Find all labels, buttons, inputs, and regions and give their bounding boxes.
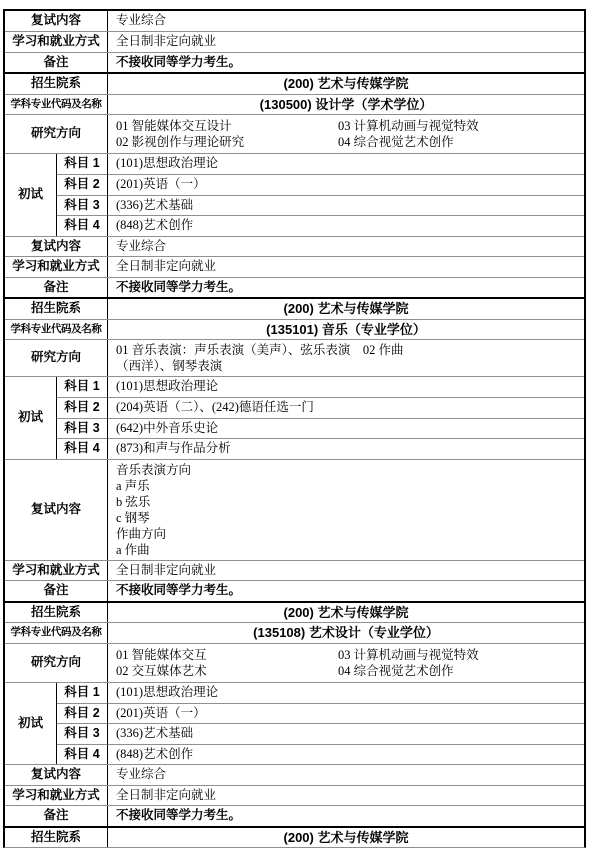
row-label: 招生院系: [5, 299, 108, 319]
table-row: 备注不接收同等学力考生。: [5, 52, 584, 73]
direction-line: 01 智能媒体交互: [116, 647, 338, 663]
direction-line: 02 交互媒体艺术: [116, 663, 338, 679]
text-line: 01 音乐表演：声乐表演（美声）、弦乐表演 02 作曲: [116, 342, 404, 358]
table-row: 复试内容专业综合: [5, 11, 584, 31]
section-header-value: (200) 艺术与传媒学院: [108, 74, 584, 94]
subject-value: (101)思想政治理论: [108, 154, 584, 174]
text-line: （西洋）、钢琴表演: [116, 358, 222, 374]
subject-value: (201)英语（一）: [108, 174, 584, 195]
research-directions: 01 智能媒体交互02 交互媒体艺术03 计算机动画与视觉特效04 综合视觉艺术…: [108, 644, 584, 682]
subject-label: 科目 3: [57, 195, 108, 216]
subject-label: 科目 4: [57, 438, 108, 459]
table-row: 学习和就业方式全日制非定向就业: [5, 560, 584, 581]
subject-value: (101)思想政治理论: [108, 377, 584, 397]
research-directions: 01 智能媒体交互设计02 影视创作与理论研究03 计算机动画与视觉特效04 综…: [108, 115, 584, 153]
row-label: 备注: [5, 581, 108, 601]
direction-column-left: 01 智能媒体交互02 交互媒体艺术: [116, 647, 338, 679]
row-value: 全日制非定向就业: [108, 32, 584, 52]
section-header-value: (135101) 音乐（专业学位）: [108, 320, 584, 340]
row-label: 学习和就业方式: [5, 257, 108, 277]
row-value: 专业综合: [108, 237, 584, 257]
table-row: 招生院系(200) 艺术与传媒学院: [5, 72, 584, 94]
subject-label: 科目 1: [57, 377, 108, 397]
table-row: 学习和就业方式全日制非定向就业: [5, 256, 584, 277]
table-row: 备注不接收同等学力考生。: [5, 580, 584, 601]
section-header-value: (200) 艺术与传媒学院: [108, 299, 584, 319]
table-row: 初试科目 1(101)思想政治理论科目 2(201)英语（一）科目 3(336)…: [5, 682, 584, 765]
table-row: 研究方向01 智能媒体交互02 交互媒体艺术03 计算机动画与视觉特效04 综合…: [5, 643, 584, 682]
row-label: 复试内容: [5, 460, 108, 560]
section-header-value: (135108) 艺术设计（专业学位）: [108, 623, 584, 643]
row-label: 研究方向: [5, 340, 108, 376]
admissions-catalog-table: 复试内容专业综合学习和就业方式全日制非定向就业备注不接收同等学力考生。招生院系(…: [3, 9, 586, 844]
subject-value: (848)艺术创作: [108, 215, 584, 236]
table-row: 学科专业代码及名称(130500) 设计学（学术学位）: [5, 94, 584, 115]
table-row: 研究方向01 音乐表演：声乐表演（美声）、弦乐表演 02 作曲（西洋）、钢琴表演: [5, 339, 584, 376]
row-label: 复试内容: [5, 237, 108, 257]
row-label: 复试内容: [5, 11, 108, 31]
row-value: 专业综合: [108, 11, 584, 31]
subject-label: 科目 4: [57, 744, 108, 765]
table-row: 学科专业代码及名称(135108) 艺术设计（专业学位）: [5, 622, 584, 643]
section-header-value: (200) 艺术与传媒学院: [108, 828, 584, 845]
subject-label: 科目 1: [57, 683, 108, 703]
row-label: 招生院系: [5, 603, 108, 623]
row-label: 复试内容: [5, 765, 108, 785]
subject-value: (848)艺术创作: [108, 744, 584, 765]
row-value: 全日制非定向就业: [108, 786, 584, 806]
row-label: 初试: [5, 154, 57, 236]
direction-line: 04 综合视觉艺术创作: [338, 134, 576, 150]
table-row: 初试科目 1(101)思想政治理论科目 2(201)英语（一）科目 3(336)…: [5, 153, 584, 236]
table-row: 复试内容音乐表演方向a 声乐b 弦乐c 钢琴作曲方向a 作曲: [5, 459, 584, 560]
table-row: 备注不接收同等学力考生。: [5, 805, 584, 826]
row-label: 研究方向: [5, 644, 108, 682]
table-row: 学科专业代码及名称(135101) 音乐（专业学位）: [5, 319, 584, 340]
row-label: 备注: [5, 53, 108, 73]
row-value: 不接收同等学力考生。: [108, 581, 584, 601]
row-label: 招生院系: [5, 828, 108, 845]
row-label: 学习和就业方式: [5, 561, 108, 581]
text-line: c 钢琴: [116, 510, 150, 526]
subject-label: 科目 2: [57, 174, 108, 195]
subject-label: 科目 3: [57, 418, 108, 439]
row-label: 学科专业代码及名称: [5, 623, 108, 643]
row-value: 专业综合: [108, 765, 584, 785]
table-row: 初试科目 1(101)思想政治理论科目 2(204)英语（二）、(242)德语任…: [5, 376, 584, 459]
table-row: 学习和就业方式全日制非定向就业: [5, 785, 584, 806]
subject-value: (204)英语（二）、(242)德语任选一门: [108, 397, 584, 418]
row-label: 学习和就业方式: [5, 786, 108, 806]
row-value: 不接收同等学力考生。: [108, 53, 584, 73]
table-row: 招生院系(200) 艺术与传媒学院: [5, 601, 584, 623]
table-row: 复试内容专业综合: [5, 236, 584, 257]
table-row: 招生院系(200) 艺术与传媒学院: [5, 297, 584, 319]
subject-value: (101)思想政治理论: [108, 683, 584, 703]
row-value-multiline: 音乐表演方向a 声乐b 弦乐c 钢琴作曲方向a 作曲: [108, 460, 584, 560]
subject-value: (642)中外音乐史论: [108, 418, 584, 439]
direction-line: 02 影视创作与理论研究: [116, 134, 338, 150]
row-value: 全日制非定向就业: [108, 561, 584, 581]
row-value-multiline: 01 音乐表演：声乐表演（美声）、弦乐表演 02 作曲（西洋）、钢琴表演: [108, 340, 584, 376]
subject-label: 科目 1: [57, 154, 108, 174]
subject-label: 科目 2: [57, 703, 108, 724]
text-line: b 弦乐: [116, 494, 150, 510]
table-row: 研究方向01 智能媒体交互设计02 影视创作与理论研究03 计算机动画与视觉特效…: [5, 114, 584, 153]
row-label: 研究方向: [5, 115, 108, 153]
text-line: 音乐表演方向: [116, 462, 191, 478]
row-value: 全日制非定向就业: [108, 257, 584, 277]
table-row: 备注不接收同等学力考生。: [5, 277, 584, 298]
row-label: 学习和就业方式: [5, 32, 108, 52]
direction-column-left: 01 智能媒体交互设计02 影视创作与理论研究: [116, 118, 338, 150]
row-label: 招生院系: [5, 74, 108, 94]
subject-value: (201)英语（一）: [108, 703, 584, 724]
table-row: 学习和就业方式全日制非定向就业: [5, 31, 584, 52]
direction-line: 03 计算机动画与视觉特效: [338, 647, 576, 663]
section-header-value: (200) 艺术与传媒学院: [108, 603, 584, 623]
row-label: 初试: [5, 377, 57, 459]
row-label: 学科专业代码及名称: [5, 95, 108, 115]
text-line: a 声乐: [116, 478, 150, 494]
row-label: 备注: [5, 806, 108, 826]
table-row: 招生院系(200) 艺术与传媒学院: [5, 826, 584, 845]
subject-label: 科目 3: [57, 723, 108, 744]
subject-value: (873)和声与作品分析: [108, 438, 584, 459]
direction-line: 01 智能媒体交互设计: [116, 118, 338, 134]
subject-value: (336)艺术基础: [108, 723, 584, 744]
row-label: 备注: [5, 278, 108, 298]
direction-column-right: 03 计算机动画与视觉特效04 综合视觉艺术创作: [338, 647, 576, 679]
subject-label: 科目 2: [57, 397, 108, 418]
row-label: 初试: [5, 683, 57, 765]
direction-line: 03 计算机动画与视觉特效: [338, 118, 576, 134]
row-value: 不接收同等学力考生。: [108, 278, 584, 298]
table-row: 复试内容专业综合: [5, 764, 584, 785]
section-header-value: (130500) 设计学（学术学位）: [108, 95, 584, 115]
subject-label: 科目 4: [57, 215, 108, 236]
direction-line: 04 综合视觉艺术创作: [338, 663, 576, 679]
text-line: a 作曲: [116, 542, 150, 558]
subject-value: (336)艺术基础: [108, 195, 584, 216]
text-line: 作曲方向: [116, 526, 166, 542]
row-label: 学科专业代码及名称: [5, 320, 108, 340]
row-value: 不接收同等学力考生。: [108, 806, 584, 826]
direction-column-right: 03 计算机动画与视觉特效04 综合视觉艺术创作: [338, 118, 576, 150]
